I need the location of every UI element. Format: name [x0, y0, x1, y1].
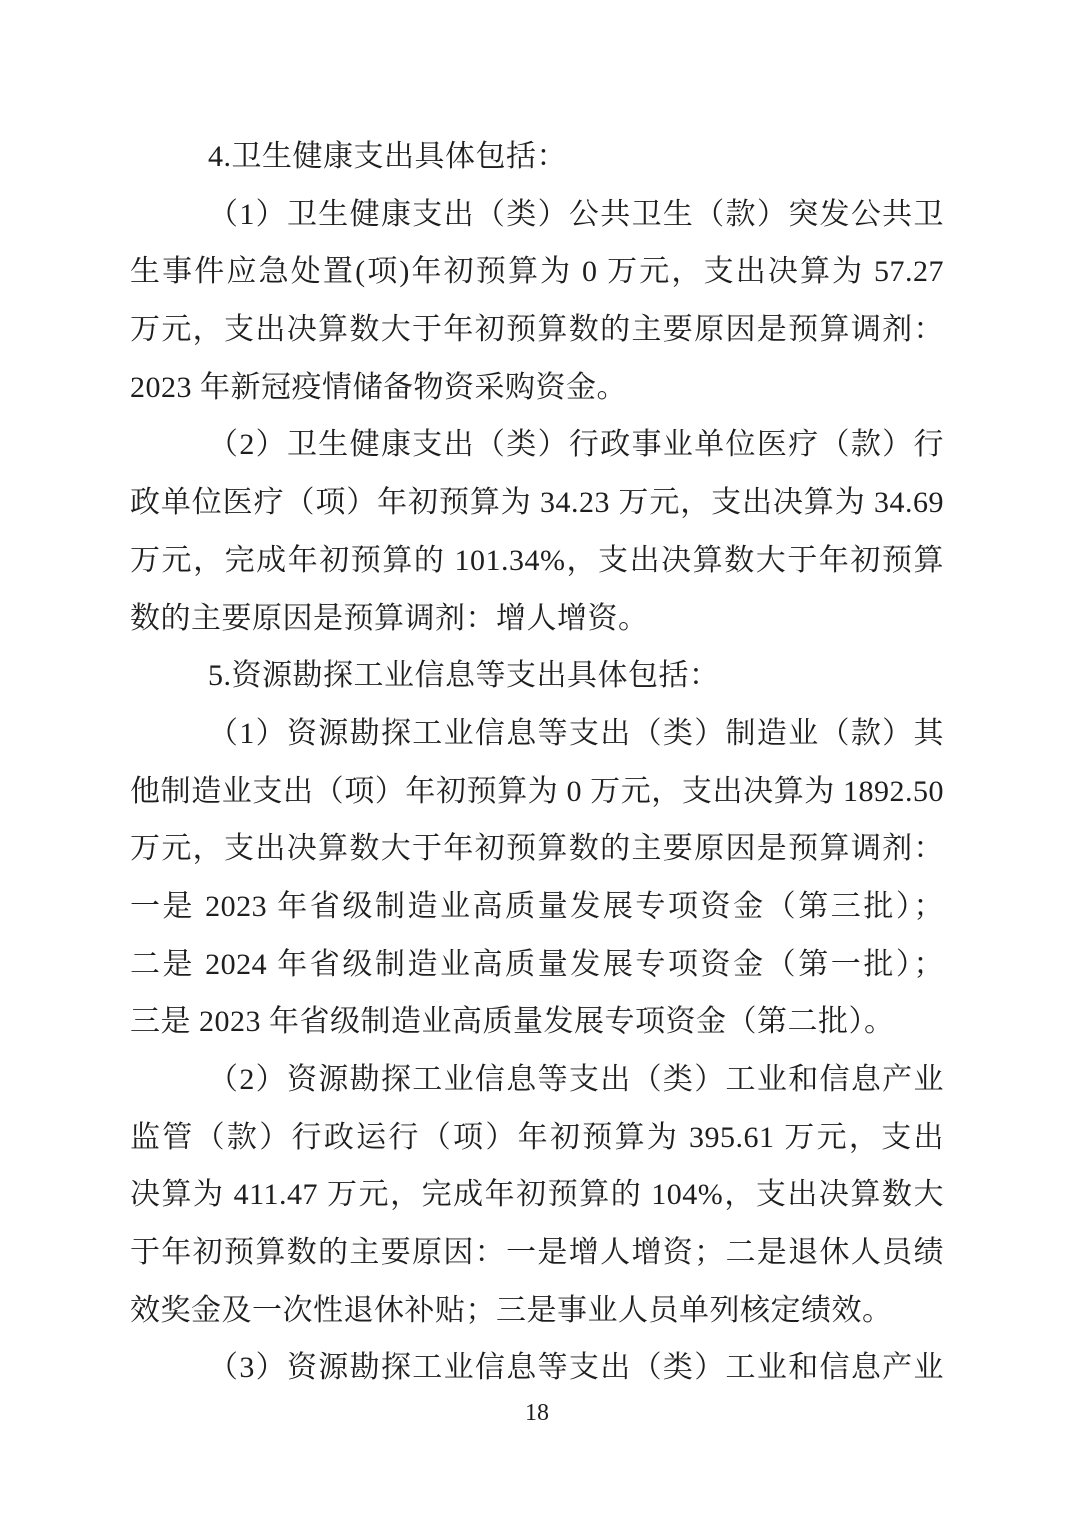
text-line: 生事件应急处置(项)年初预算为 0 万元，支出决算为 57.27	[130, 243, 944, 301]
text-line: （3）资源勘探工业信息等支出（类）工业和信息产业	[130, 1339, 944, 1397]
text-line: 三是 2023 年省级制造业高质量发展专项资金（第二批）。	[130, 993, 944, 1051]
text-line: 他制造业支出（项）年初预算为 0 万元，支出决算为 1892.50	[130, 763, 944, 821]
text-line: 5.资源勘探工业信息等支出具体包括：	[130, 647, 944, 705]
document-page: 4.卫生健康支出具体包括：（1）卫生健康支出（类）公共卫生（款）突发公共卫生事件…	[0, 0, 1074, 1520]
text-line: （1）资源勘探工业信息等支出（类）制造业（款）其	[130, 705, 944, 763]
text-line: 4.卫生健康支出具体包括：	[130, 128, 944, 186]
text-line: 二是 2024 年省级制造业高质量发展专项资金（第一批）；	[130, 936, 944, 994]
text-line: 于年初预算数的主要原因：一是增人增资；二是退休人员绩	[130, 1224, 944, 1282]
text-line: （2）卫生健康支出（类）行政事业单位医疗（款）行	[130, 416, 944, 474]
text-line: 万元，支出决算数大于年初预算数的主要原因是预算调剂：	[130, 301, 944, 359]
page-number: 18	[0, 1398, 1074, 1428]
text-line: 政单位医疗（项）年初预算为 34.23 万元，支出决算为 34.69	[130, 474, 944, 532]
text-line: 决算为 411.47 万元，完成年初预算的 104%，支出决算数大	[130, 1166, 944, 1224]
text-line: 效奖金及一次性退休补贴；三是事业人员单列核定绩效。	[130, 1282, 944, 1340]
text-line: 万元，支出决算数大于年初预算数的主要原因是预算调剂：	[130, 820, 944, 878]
text-line: 万元，完成年初预算的 101.34%，支出决算数大于年初预算	[130, 532, 944, 590]
text-line: 2023 年新冠疫情储备物资采购资金。	[130, 359, 944, 417]
text-line: 数的主要原因是预算调剂：增人增资。	[130, 590, 944, 648]
text-line: 一是 2023 年省级制造业高质量发展专项资金（第三批）；	[130, 878, 944, 936]
text-line: （2）资源勘探工业信息等支出（类）工业和信息产业	[130, 1051, 944, 1109]
text-block: 4.卫生健康支出具体包括：（1）卫生健康支出（类）公共卫生（款）突发公共卫生事件…	[130, 128, 944, 1397]
text-line: 监管（款）行政运行（项）年初预算为 395.61 万元，支出	[130, 1109, 944, 1167]
text-line: （1）卫生健康支出（类）公共卫生（款）突发公共卫	[130, 186, 944, 244]
